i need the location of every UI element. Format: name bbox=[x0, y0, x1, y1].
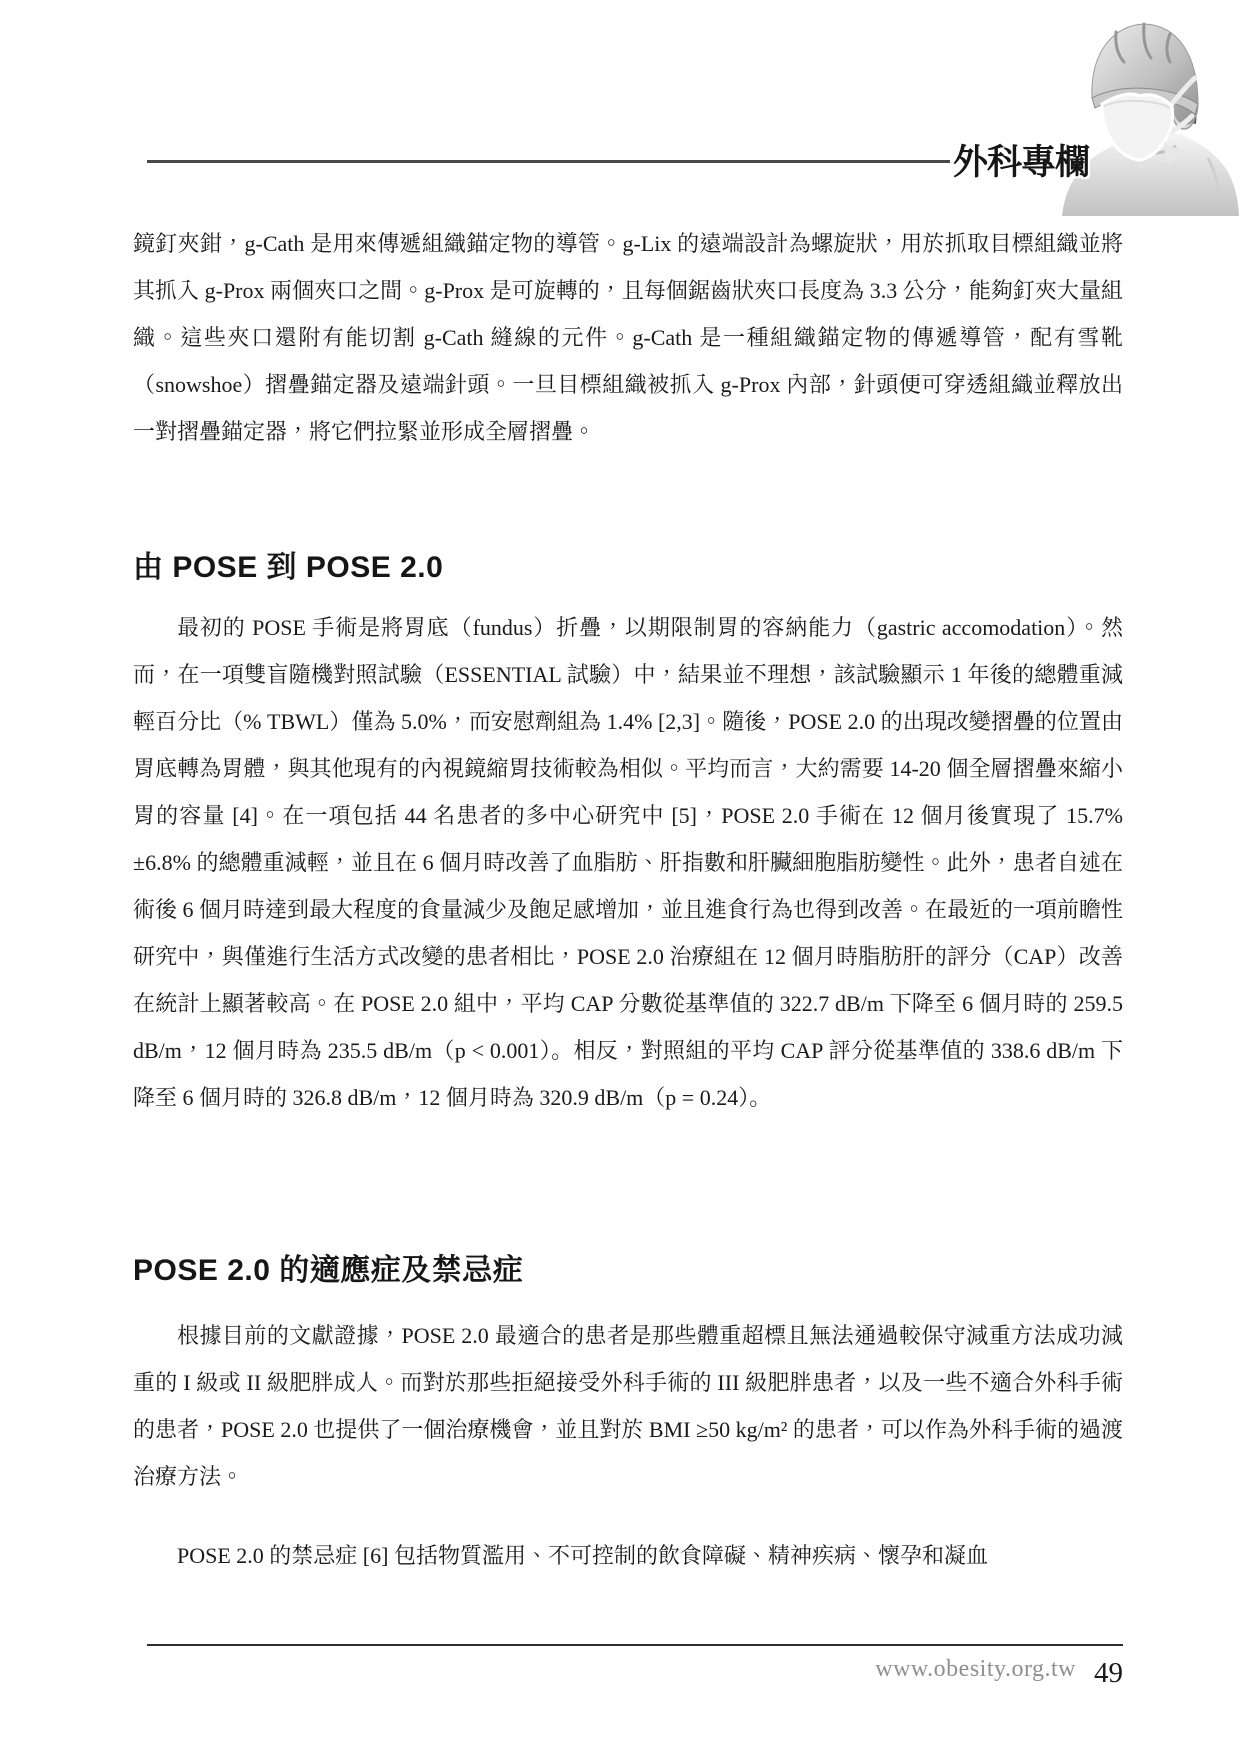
section-heading-indications: POSE 2.0 的適應症及禁忌症 bbox=[133, 1252, 523, 1290]
page: 外科專欄 鏡釘夾鉗，g-Cath 是用來傳遞組織錨定物的導管。g-Lix 的遠端… bbox=[0, 0, 1241, 1754]
footer-rule bbox=[147, 1644, 1123, 1646]
footer-website: www.obesity.org.tw bbox=[875, 1652, 1076, 1686]
section-body-contraindications: POSE 2.0 的禁忌症 [6] 包括物質濫用、不可控制的飲食障礙、精神疾病、… bbox=[133, 1532, 1123, 1579]
section-body-pose-to-pose2: 最初的 POSE 手術是將胃底（fundus）折疊，以期限制胃的容納能力（gas… bbox=[133, 604, 1123, 1121]
page-number: 49 bbox=[1094, 1656, 1123, 1690]
section-body-indications: 根據目前的文獻證據，POSE 2.0 最適合的患者是那些體重超標且無法通過較保守… bbox=[133, 1312, 1123, 1500]
section-heading-pose-to-pose2: 由 POSE 到 POSE 2.0 bbox=[133, 549, 443, 587]
body-paragraph-continued: 鏡釘夾鉗，g-Cath 是用來傳遞組織錨定物的導管。g-Lix 的遠端設計為螺旋… bbox=[133, 220, 1123, 455]
footer: www.obesity.org.tw 49 bbox=[133, 1652, 1123, 1686]
header-rule bbox=[147, 160, 950, 163]
column-title: 外科專欄 bbox=[953, 141, 1089, 185]
surgeon-illustration bbox=[1058, 16, 1240, 216]
